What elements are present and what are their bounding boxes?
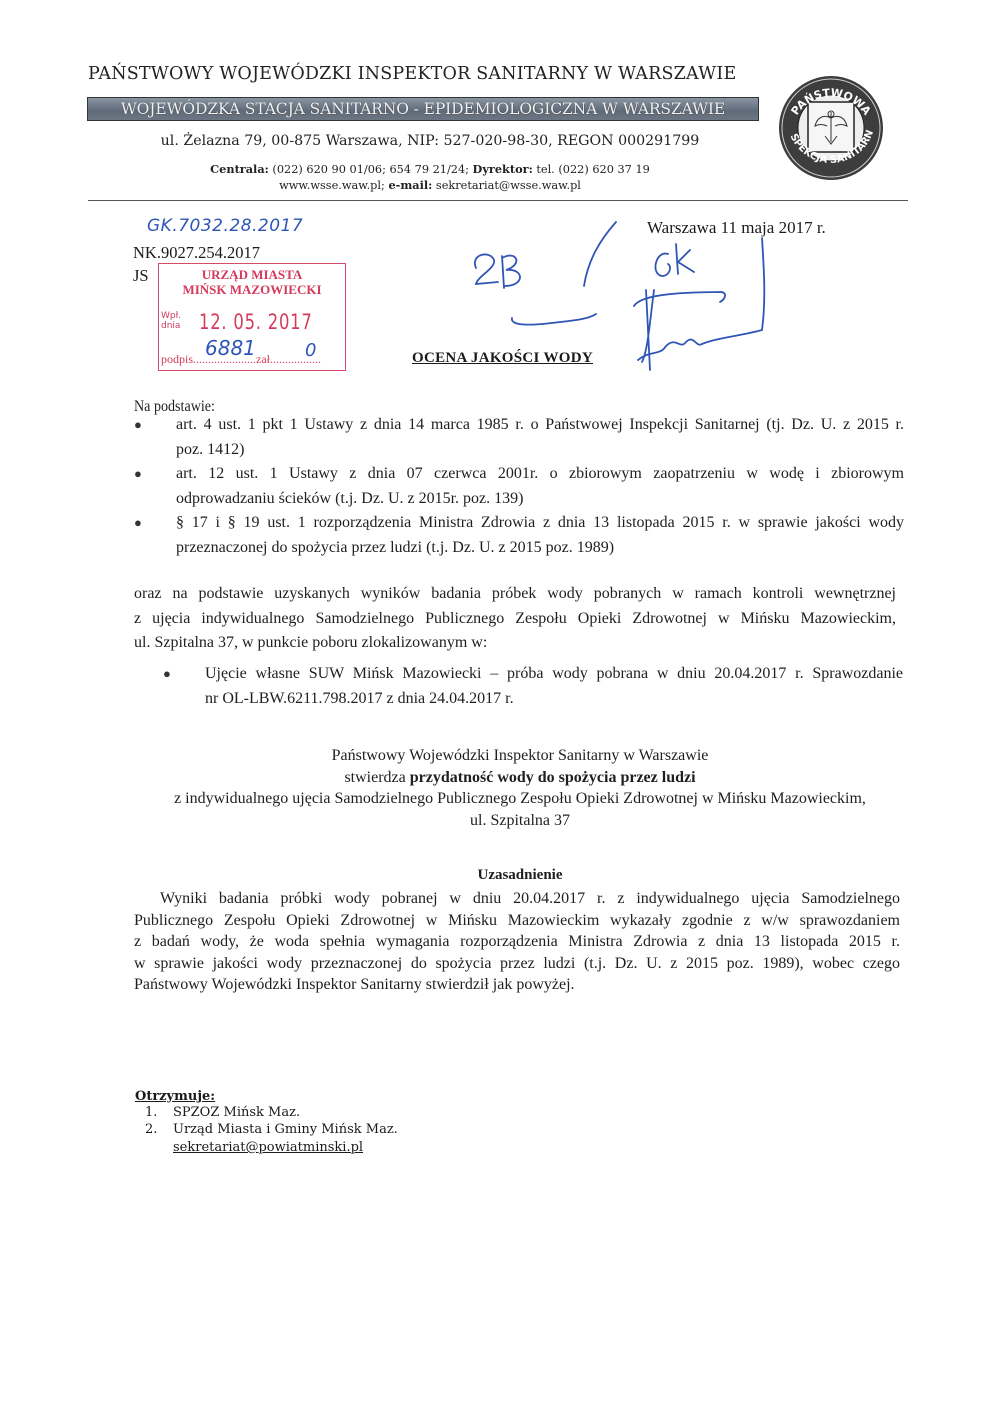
email-label: e-mail:	[388, 178, 432, 192]
verdict-bold: przydatność wody do spożycia przez ludzi	[410, 769, 696, 786]
bullet-icon: ●	[163, 662, 171, 687]
decision-verdict: stwierdza przydatność wody do spożycia p…	[120, 767, 920, 789]
paragraph-line: oraz na podstawie uzyskanych wyników bad…	[134, 582, 896, 607]
note-gk	[655, 244, 694, 276]
receipt-stamp: URZĄD MIASTA MIŃSK MAZOWIECKI Wpł.dnia 1…	[158, 263, 346, 371]
list-item: ● § 17 i § 19 ust. 1 rozporządzenia Mini…	[134, 511, 904, 560]
dyrektor-label: Dyrektor:	[473, 162, 533, 176]
results-paragraph: oraz na podstawie uzyskanych wyników bad…	[134, 582, 896, 656]
basis-line: odprowadzaniu ścieków (t.j. Dz. U. z 201…	[176, 487, 904, 512]
recipients-heading: Otrzymuje:	[135, 1089, 215, 1104]
justification-line: Publicznego Zespołu Opieki Zdrowotnej w …	[134, 910, 900, 932]
author-initials: JS	[133, 266, 149, 286]
list-item: ● art. 12 ust. 1 Ustawy z dnia 07 czerwc…	[134, 462, 904, 511]
dyrektor-value: tel. (022) 620 37 19	[533, 163, 650, 176]
stamp-date: 12. 05. 2017	[199, 310, 313, 334]
justification-heading: Uzasadnienie	[120, 867, 920, 884]
recipient-email-link[interactable]: sekretariat@powiatminski.pl	[173, 1140, 363, 1155]
justification-line: Państwowy Wojewódzki Inspektor Sanitarny…	[134, 974, 900, 996]
document-title: OCENA JAKOŚCI WODY	[412, 350, 593, 367]
decision-source: z indywidualnego ujęcia Samodzielnego Pu…	[120, 788, 920, 810]
contact-phones: Centrala: (022) 620 90 01/06; 654 79 21/…	[90, 162, 770, 176]
basis-line: poz. 1412)	[176, 438, 904, 463]
list-item: 1.SPZOZ Mińsk Maz.	[145, 1104, 398, 1121]
list-item: ● Ujęcie własne SUW Mińsk Mazowiecki – p…	[163, 662, 903, 711]
sampling-point: ● Ujęcie własne SUW Mińsk Mazowiecki – p…	[163, 662, 903, 711]
stamp-city: MIŃSK MAZOWIECKI	[159, 282, 345, 298]
sampling-line: Ujęcie własne SUW Mińsk Mazowiecki – pró…	[205, 662, 903, 687]
slash-mark	[584, 222, 616, 286]
basis-line: § 17 i § 19 ust. 1 rozporządzenia Minist…	[176, 511, 904, 536]
centrala-value: (022) 620 90 01/06; 654 79 21/24;	[269, 163, 473, 176]
bullet-icon: ●	[134, 413, 142, 438]
sanitary-inspection-emblem: PAŃSTWOWA INSPEKCJA SANITARNA	[775, 62, 887, 192]
case-number: NK.9027.254.2017	[133, 243, 260, 263]
legal-basis-list: ● art. 4 ust. 1 pkt 1 Ustawy z dnia 14 m…	[134, 413, 904, 560]
sampling-line: nr OL-LBW.6211.798.2017 z dnia 24.04.201…	[205, 687, 903, 712]
decision-address: ul. Szpitalna 37	[120, 810, 920, 832]
dash-mark	[512, 314, 596, 325]
decision-authority: Państwowy Wojewódzki Inspektor Sanitarny…	[120, 745, 920, 767]
justification-line: z badań wody, że woda spełnia wymagania …	[134, 931, 900, 953]
website-link[interactable]: www.wsse.waw.pl;	[279, 179, 388, 192]
contact-web: www.wsse.waw.pl; e-mail: sekretariat@wss…	[90, 178, 770, 192]
stamp-received-label: Wpł.dnia	[161, 311, 181, 331]
decision-statement: Państwowy Wojewódzki Inspektor Sanitarny…	[120, 745, 920, 831]
centrala-label: Centrala:	[210, 162, 269, 176]
stamp-office: URZĄD MIASTA	[159, 267, 345, 283]
justification-line: w sprawie jakości wody przeznaczonej do …	[134, 953, 900, 975]
justification-line: Wyniki badania próbki wody pobranej w dn…	[134, 888, 900, 910]
place-and-date: Warszawa 11 maja 2017 r.	[647, 218, 826, 238]
paragraph-line: ul. Szpitalna 37, w punkcie poboru zloka…	[134, 631, 896, 656]
paragraph-line: z ujęcia indywidualnego Samodzielnego Pu…	[134, 607, 896, 632]
list-item: ● art. 4 ust. 1 pkt 1 Ustawy z dnia 14 m…	[134, 413, 904, 462]
stamp-signature-line: podpis.....................zał..........…	[161, 352, 321, 367]
header-divider	[88, 200, 908, 201]
basis-line: art. 12 ust. 1 Ustawy z dnia 07 czerwca …	[176, 462, 904, 487]
recipients-list: 1.SPZOZ Mińsk Maz. 2.Urząd Miasta i Gmin…	[145, 1104, 398, 1138]
station-name-band: WOJEWÓDZKA STACJA SANITARNO - EPIDEMIOLO…	[87, 97, 759, 121]
handwritten-reference: GK.7032.28.2017	[147, 216, 303, 236]
email-link[interactable]: sekretariat@wsse.waw.pl	[432, 179, 581, 192]
basis-line: art. 4 ust. 1 pkt 1 Ustawy z dnia 14 mar…	[176, 413, 904, 438]
signature-stroke	[634, 238, 764, 370]
note-2b	[475, 254, 520, 288]
institution-address: ul. Żelazna 79, 00-875 Warszawa, NIP: 52…	[90, 133, 770, 149]
basis-line: przeznaczonej do spożycia przez ludzi (t…	[176, 536, 904, 561]
justification-text: Wyniki badania próbki wody pobranej w dn…	[134, 888, 900, 996]
institution-title: PAŃSTWOWY WOJEWÓDZKI INSPEKTOR SANITARNY…	[88, 64, 768, 84]
bullet-icon: ●	[134, 511, 142, 536]
list-item: 2.Urząd Miasta i Gminy Mińsk Maz.	[145, 1121, 398, 1138]
bullet-icon: ●	[134, 462, 142, 487]
